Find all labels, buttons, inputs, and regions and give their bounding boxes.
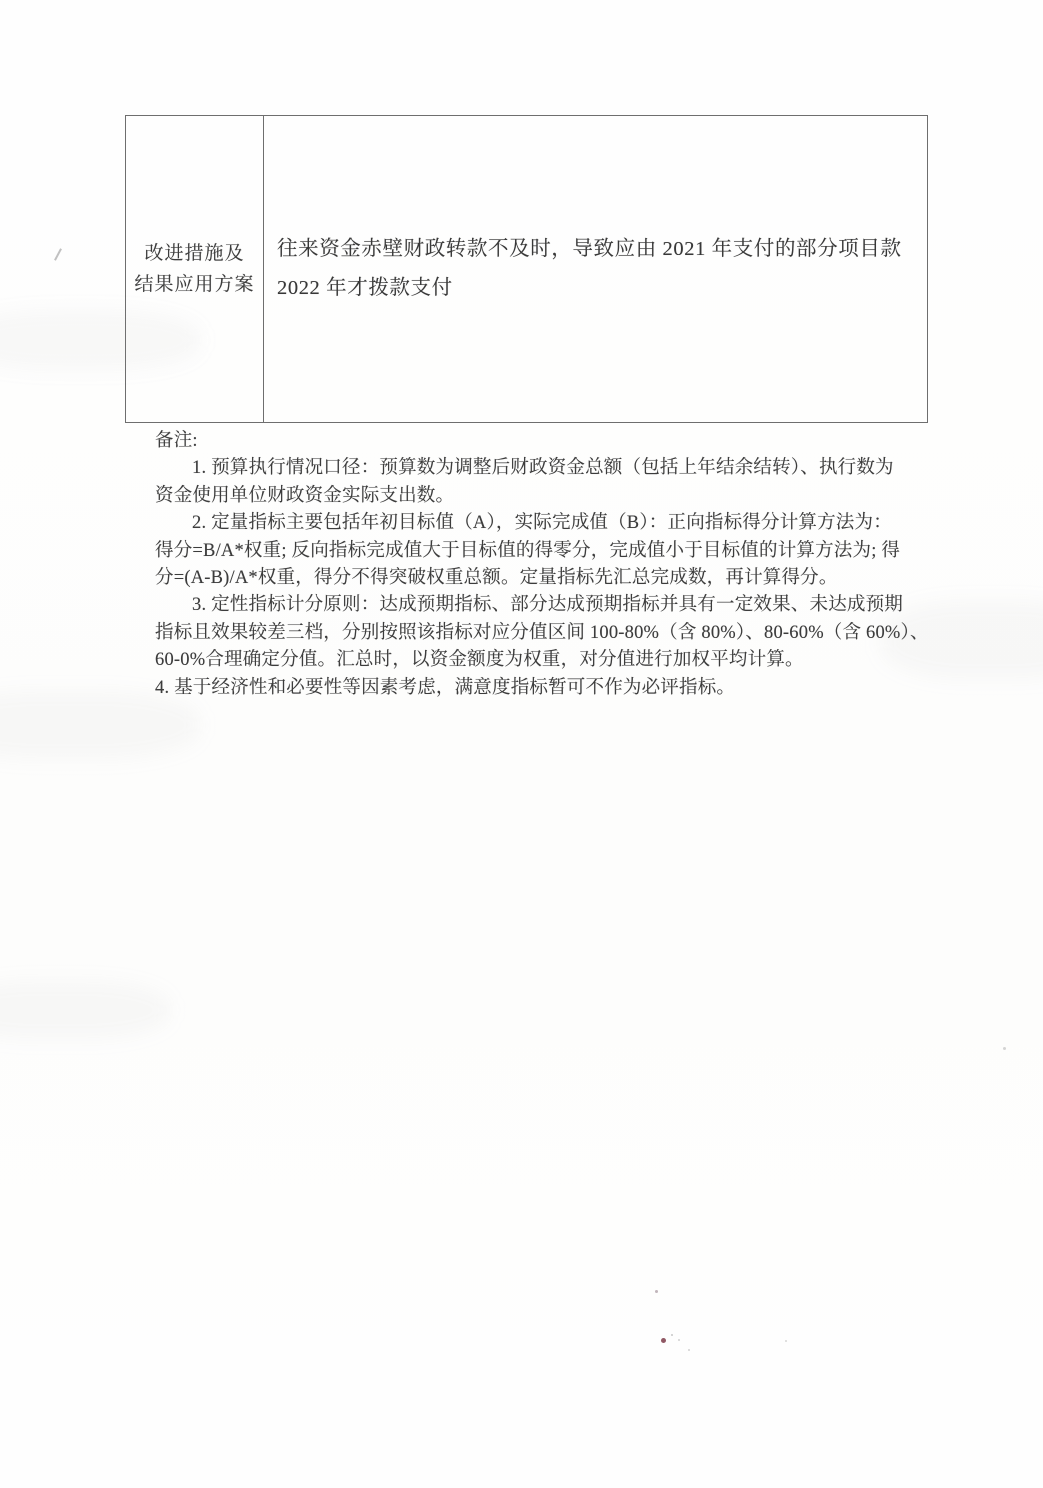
scan-smudge	[880, 600, 1043, 680]
row-header-line-1: 改进措施及	[144, 238, 244, 269]
scan-smudge	[0, 690, 200, 760]
row-content-line-2: 2022 年才拨款支付	[277, 269, 917, 308]
row-header-line-2: 结果应用方案	[134, 269, 254, 300]
scan-smudge	[0, 310, 200, 370]
remarks-heading: 备注:	[155, 428, 930, 455]
remarks-section: 备注: 1. 预算执行情况口径：预算数为调整后财政资金总额（包括上年结余结转）、…	[155, 428, 930, 702]
note-2-line-1: 2. 定量指标主要包括年初目标值（A），实际完成值（B）：正向指标得分计算方法为…	[155, 510, 930, 537]
note-2-line-2: 得分=B/A*权重; 反向指标完成值大于目标值的得零分，完成值小于目标值的计算方…	[155, 538, 930, 565]
scan-slash-mark	[54, 248, 62, 260]
note-3-line-3: 60-0%合理确定分值。汇总时，以资金额度为权重，对分值进行加权平均计算。	[155, 647, 930, 674]
scan-smudge	[0, 980, 170, 1040]
scan-speck	[661, 1338, 666, 1343]
row-content-line-1: 往来资金赤壁财政转款不及时，导致应由 2021 年支付的部分项目款	[277, 230, 917, 269]
table-row-header-cell: 改进措施及 结果应用方案	[126, 116, 264, 422]
scan-speck	[671, 1334, 673, 1336]
scan-speck	[785, 1340, 787, 1342]
scan-speck	[678, 1339, 680, 1341]
note-3-line-2: 指标且效果较差三档，分别按照该指标对应分值区间 100-80%（含 80%）、8…	[155, 620, 930, 647]
note-2-line-3: 分=(A-B)/A*权重，得分不得突破权重总额。定量指标先汇总完成数，再计算得分…	[155, 565, 930, 592]
note-1-line-2: 资金使用单位财政资金实际支出数。	[155, 483, 930, 510]
table-row-content-cell: 往来资金赤壁财政转款不及时，导致应由 2021 年支付的部分项目款 2022 年…	[264, 116, 927, 422]
note-1-line-1: 1. 预算执行情况口径：预算数为调整后财政资金总额（包括上年结余结转）、执行数为	[155, 455, 930, 482]
scanned-document-page: 改进措施及 结果应用方案 往来资金赤壁财政转款不及时，导致应由 2021 年支付…	[0, 0, 1043, 1488]
scan-speck	[688, 1349, 690, 1351]
scan-speck	[1003, 1047, 1006, 1050]
note-4-line-1: 4. 基于经济性和必要性等因素考虑，满意度指标暂可不作为必评指标。	[155, 675, 930, 702]
improvement-measures-table: 改进措施及 结果应用方案 往来资金赤壁财政转款不及时，导致应由 2021 年支付…	[125, 115, 928, 423]
scan-speck	[655, 1290, 658, 1293]
note-3-line-1: 3. 定性指标计分原则：达成预期指标、部分达成预期指标并具有一定效果、未达成预期	[155, 592, 930, 619]
